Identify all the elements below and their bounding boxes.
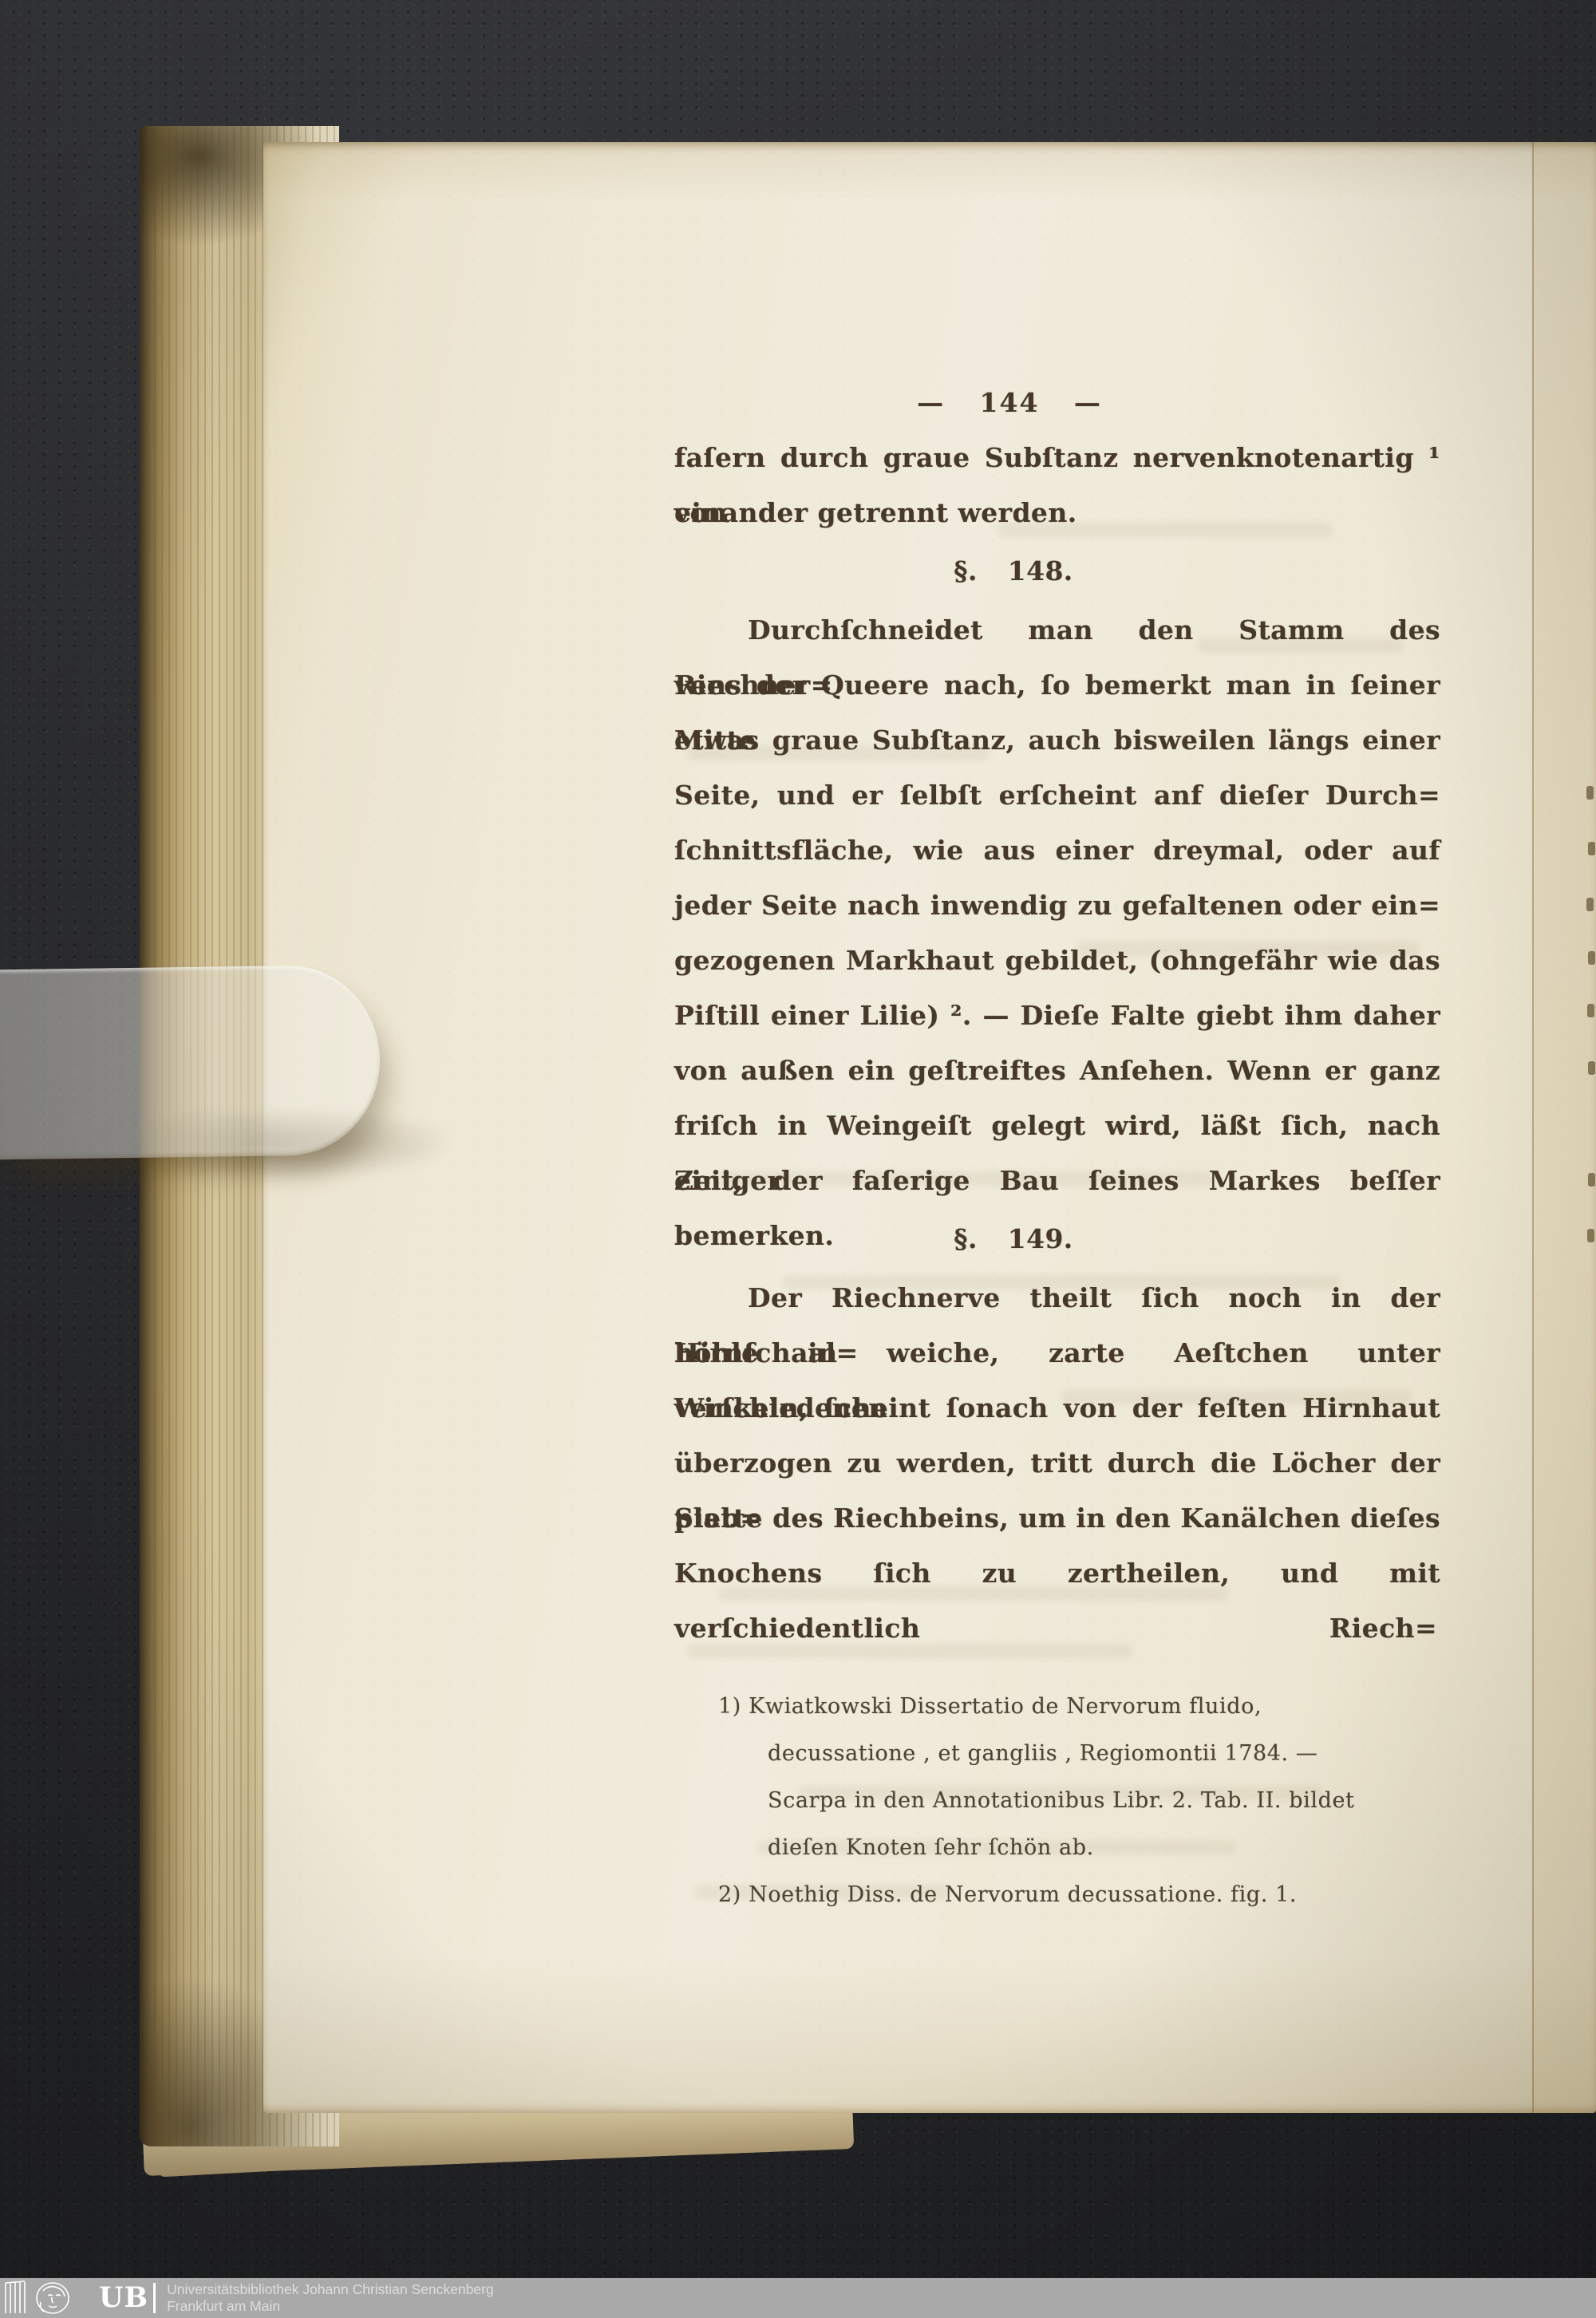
goethe-portrait-icon (3, 2280, 97, 2316)
body-line-18: platte des Riechbeins, um in den Kanälch… (674, 1491, 1440, 1546)
body-line-16: Winkeln, ſcheint ſonach von der feſten H… (674, 1380, 1440, 1435)
body-line-13: Zeit, der faſerige Bau ſeines Markes beſ… (674, 1153, 1440, 1208)
footnote-1-line-4: dieſen Knoten ſehr ſchön ab. (718, 1824, 1420, 1871)
body-line-3: Durchſchneidet man den Stamm des Riechne… (674, 602, 1440, 657)
library-name-block: Universitätsbibliothek Johann Christian … (167, 2281, 494, 2315)
facing-page-letter-fragment (1588, 842, 1595, 855)
facing-page-letter-fragment (1587, 1229, 1594, 1242)
body-line-11: von außen ein geſtreiftes Anſehen. Wenn … (674, 1043, 1440, 1098)
facing-page-letter-fragment (1586, 898, 1594, 911)
facing-page-letter-fragment (1588, 1173, 1595, 1187)
footnotes-block: 1) Kwiatkowski Dissertatio de Nervorum f… (718, 1683, 1420, 1918)
library-watermark-bar: UB Universitätsbibliothek Johann Christi… (0, 2278, 1596, 2318)
body-line-15: höhle in weiche, zarte Aeſtchen unter ve… (674, 1325, 1440, 1380)
logo-divider (153, 2283, 156, 2313)
body-line-7: ſchnittsfläche, wie aus einer dreymal, o… (674, 823, 1440, 878)
footnote-1-line-1: 1) Kwiatkowski Dissertatio de Nervorum f… (718, 1683, 1420, 1730)
body-line-4: vens der Queere nach, ſo bemerkt man in … (674, 657, 1440, 713)
ub-logo: UB (0, 2278, 167, 2318)
body-line-8: jeder Seite nach inwendig zu gefaltenen … (674, 878, 1440, 933)
body-line-10: Piſtill einer Lilie) ². — Dieſe Falte gi… (674, 988, 1440, 1043)
body-line-19: Knochens ſich zu zertheilen, und mit ver… (674, 1546, 1440, 1601)
body-line-17: überzogen zu werden, tritt durch die Löc… (674, 1435, 1440, 1491)
section-heading-148: §. 148. (630, 540, 1396, 602)
facing-page-letter-fragment (1588, 1061, 1595, 1075)
ub-logo-text: UB (99, 2278, 148, 2318)
library-city: Frankfurt am Main (167, 2298, 494, 2315)
facing-page-letter-fragment (1588, 951, 1595, 965)
facing-page-edge (1532, 142, 1596, 2113)
body-line-9: gezogenen Markhaut gebildet, (ohngefähr … (674, 933, 1440, 988)
section-heading-149: §. 149. (630, 1208, 1396, 1270)
plastic-page-holder-strip (0, 965, 381, 1160)
body-line-14: Der Riechnerve theilt ſich noch in der H… (674, 1270, 1440, 1325)
page-number: — 144 — (626, 375, 1393, 430)
facing-page-letter-fragment (1586, 786, 1594, 800)
footnote-1-line-2: decussatione , et gangliis , Regiomontii… (718, 1730, 1420, 1777)
footnote-1-line-3: Scarpa in den Annotationibus Libr. 2. Ta… (718, 1777, 1420, 1824)
body-line-5: etwas graue Subſtanz, auch bisweilen län… (674, 713, 1440, 768)
body-line-2: einander getrennt werden. (674, 485, 1440, 540)
book-scan-photo: — 144 — faſern durch graue Subſtanz nerv… (0, 0, 1596, 2318)
library-name: Universitätsbibliothek Johann Christian … (167, 2281, 494, 2298)
facing-page-letter-fragment (1587, 1004, 1594, 1017)
footnote-2-line-1: 2) Noethig Diss. de Nervorum decussation… (718, 1871, 1420, 1918)
body-line-12: friſch in Weingeiſt gelegt wird, läßt ſi… (674, 1098, 1440, 1153)
body-line-1: faſern durch graue Subſtanz nervenknoten… (674, 430, 1440, 485)
printed-text-column: — 144 — faſern durch graue Subſtanz nerv… (674, 375, 1440, 1918)
body-line-6: Seite, und er ſelbſt erſcheint anf dieſe… (674, 768, 1440, 823)
